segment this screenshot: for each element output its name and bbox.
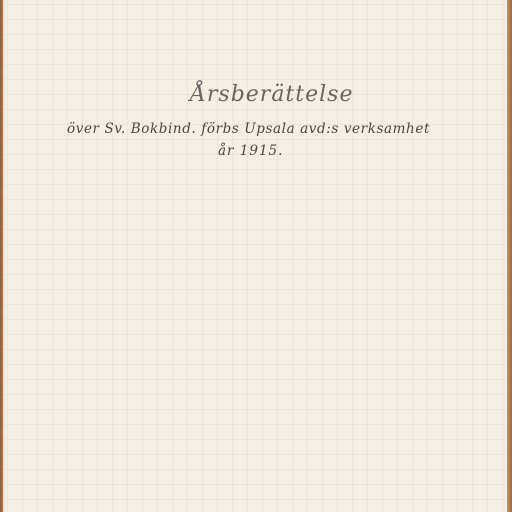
page-year: år 1915. xyxy=(218,143,283,159)
manuscript-page: Årsberättelse över Sv. Bokbind. förbs Up… xyxy=(3,0,507,512)
page-edge-right xyxy=(507,0,512,512)
page-subtitle: över Sv. Bokbind. förbs Upsala avd:s ver… xyxy=(67,121,430,137)
page-title: Årsberättelse xyxy=(190,82,353,107)
